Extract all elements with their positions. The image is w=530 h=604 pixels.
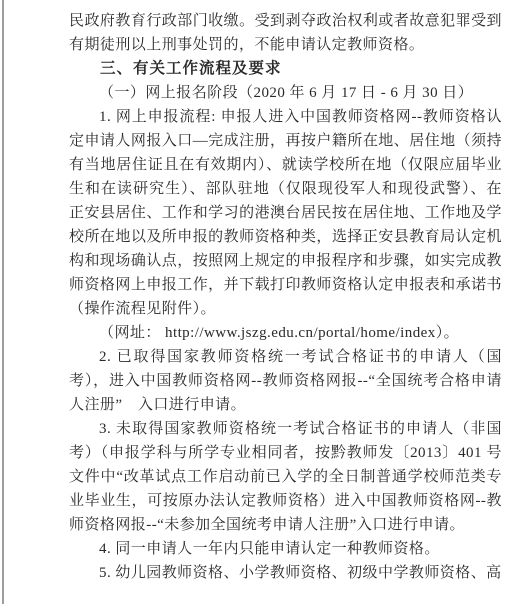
paragraph-step-1-online-application: 1. 网上申报流程: 申报人进入中国教师资格网--教师资格认定申请人网报入口—完… [69, 105, 502, 321]
document-content: 民政府教育行政部门收缴。受到剥夺政治权利或者故意犯罪受到有期徒刑以上刑事处罚的，… [69, 9, 502, 585]
paragraph-continuation: 民政府教育行政部门收缴。受到剥夺政治权利或者故意犯罪受到有期徒刑以上刑事处罚的，… [69, 9, 502, 57]
subsection-heading: （一）网上报名阶段（2020 年 6 月 17 日 - 6 月 30 日） [69, 81, 502, 105]
paragraph-step-5-certificate-types: 5. 幼儿园教师资格、小学教师资格、初级中学教师资格、高 [69, 561, 502, 585]
section-heading: 三、有关工作流程及要求 [69, 57, 502, 81]
document-page: 民政府教育行政部门收缴。受到剥夺政治权利或者故意犯罪受到有期徒刑以上刑事处罚的，… [0, 0, 530, 604]
left-border-line [2, 0, 4, 604]
paragraph-step-4-one-per-year: 4. 同一申请人一年内只能申请认定一种教师资格。 [69, 537, 502, 561]
paragraph-step-3-non-national-exam: 3. 未取得国家教师资格统一考试合格证书的申请人（非国考）（申报学科与所学专业相… [69, 417, 502, 537]
paragraph-website-url: （网址： http://www.jszg.edu.cn/portal/home/… [69, 321, 502, 345]
paragraph-step-2-national-exam: 2. 已取得国家教师资格统一考试合格证书的申请人（国考），进入中国教师资格网--… [69, 345, 502, 417]
